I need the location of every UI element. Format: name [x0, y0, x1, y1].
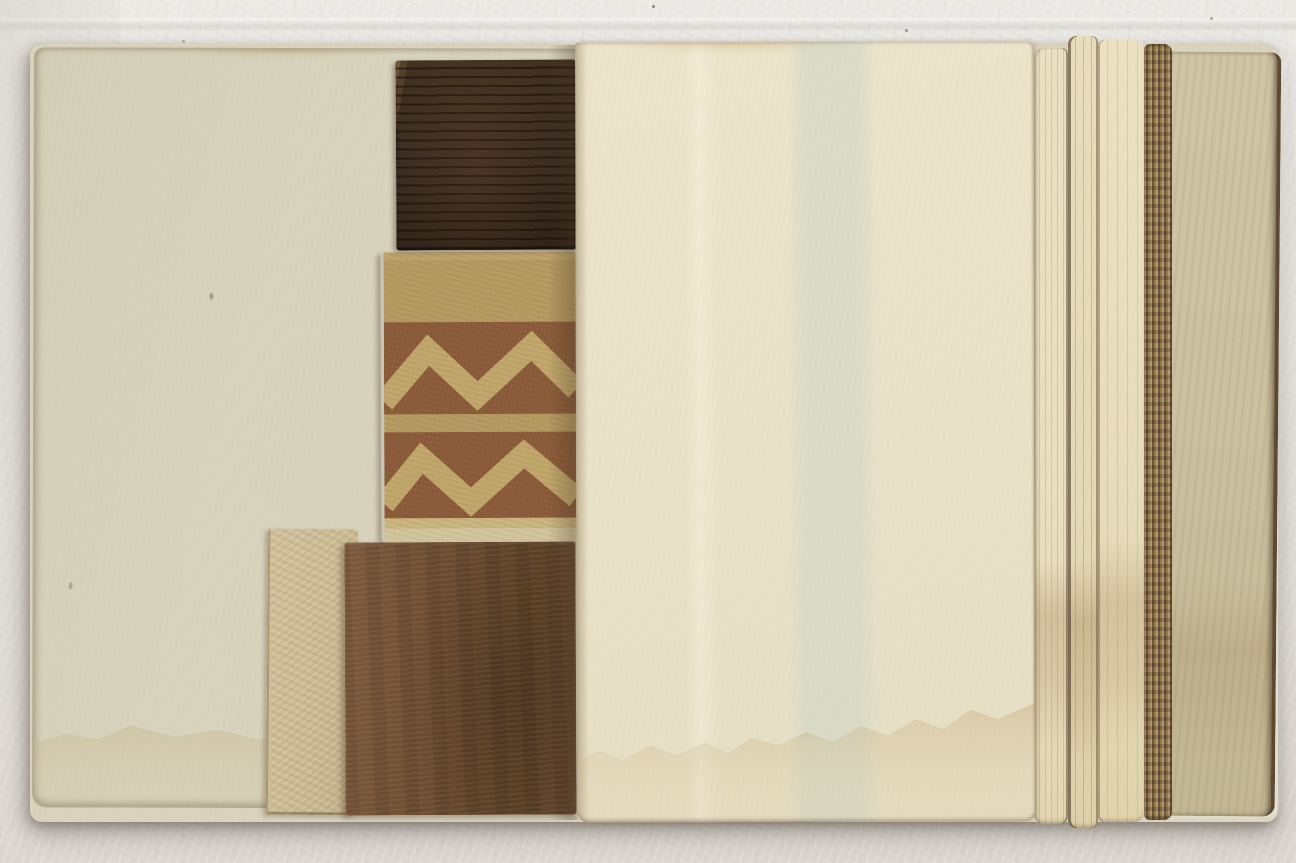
page-leaf-edge-3 [1098, 40, 1144, 822]
right-page [575, 41, 1035, 822]
right-page-water-stain [577, 661, 1035, 822]
sample-plain-brown-barkcloth [344, 541, 576, 815]
gutter-shadow [548, 45, 578, 820]
album-back-cover [1157, 51, 1282, 816]
page-leaf-edge-1 [1034, 48, 1068, 824]
photo-scene [0, 0, 1296, 863]
cloth-specks [652, 5, 655, 8]
deckle-edges [1144, 44, 1172, 820]
page-leaf-edge-2 [1068, 36, 1098, 828]
paper-flaw-speck [209, 293, 213, 300]
page-stack [1034, 30, 1170, 830]
